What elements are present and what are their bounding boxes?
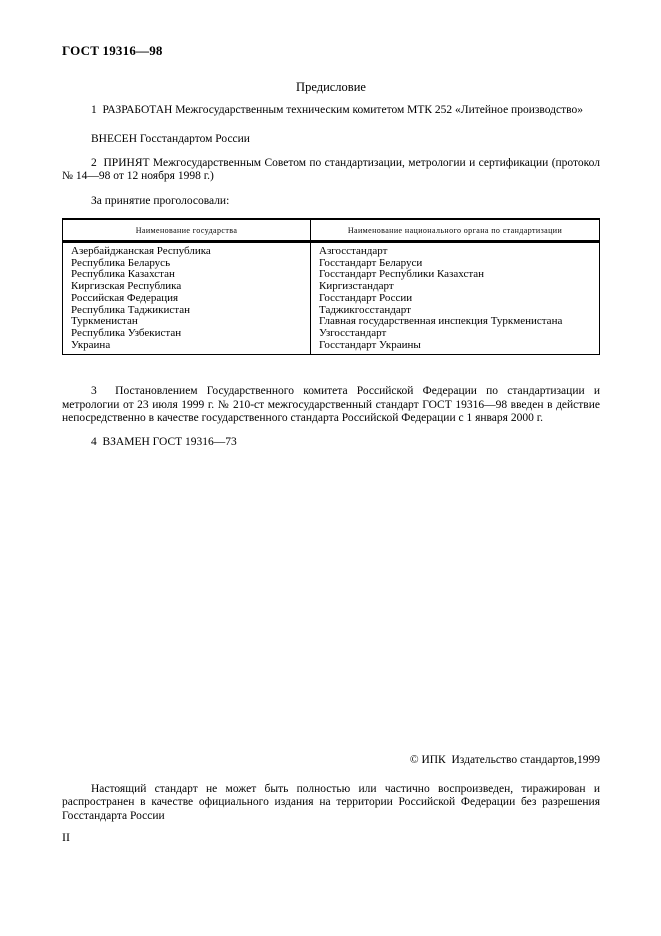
agency-cell: Киргизстандарт	[311, 281, 600, 293]
agency-cell: Госстандарт России	[311, 293, 600, 305]
state-cell: Туркменистан	[63, 316, 311, 328]
state-cell: Азербайджанская Республика	[63, 242, 311, 258]
table-row: Российская Федерация Госстандарт России	[63, 293, 600, 305]
page-footer: © ИПК Издательство стандартов,1999 Насто…	[62, 754, 600, 845]
state-cell: Республика Казахстан	[63, 269, 311, 281]
agency-cell: Госстандарт Республики Казахстан	[311, 269, 600, 281]
document-page: ГОСТ 19316—98 Предисловие 1 РАЗРАБОТАН М…	[0, 0, 661, 936]
table-row: Республика Казахстан Госстандарт Республ…	[63, 269, 600, 281]
agency-cell: Таджикгосстандарт	[311, 305, 600, 317]
reproduction-notice: Настоящий стандарт не может быть полност…	[62, 783, 600, 823]
state-column-header: Наименование государства	[63, 219, 311, 242]
state-cell: Российская Федерация	[63, 293, 311, 305]
paragraph-submitted: ВНЕСЕН Госстандартом России	[62, 133, 600, 146]
doc-code: ГОСТ 19316—98	[62, 43, 600, 59]
agency-cell: Главная государственная инспекция Туркме…	[311, 316, 600, 328]
table-row: Киргизская Республика Киргизстандарт	[63, 281, 600, 293]
paragraph-vote-intro: За принятие проголосовали:	[62, 195, 600, 208]
paragraph-replaces: 4 ВЗАМЕН ГОСТ 19316—73	[62, 436, 600, 449]
state-cell: Украина	[63, 340, 311, 355]
agency-cell: Азгосстандарт	[311, 242, 600, 258]
agency-cell: Узгосстандарт	[311, 328, 600, 340]
table-row: Республика Беларусь Госстандарт Беларуси	[63, 258, 600, 270]
paragraph-adopted: 2 ПРИНЯТ Межгосударственным Советом по с…	[62, 157, 600, 184]
copyright-line: © ИПК Издательство стандартов,1999	[62, 754, 600, 766]
agency-column-header: Наименование национального органа по ста…	[311, 219, 600, 242]
voting-table: Наименование государства Наименование на…	[62, 218, 600, 355]
state-cell: Республика Узбекистан	[63, 328, 311, 340]
state-cell: Республика Таджикистан	[63, 305, 311, 317]
paragraph-developed: 1 РАЗРАБОТАН Межгосударственным техничес…	[62, 104, 600, 117]
agency-cell: Госстандарт Украины	[311, 340, 600, 355]
table-row: Украина Госстандарт Украины	[63, 340, 600, 355]
table-row: Республика Таджикистан Таджикгосстандарт	[63, 305, 600, 317]
paragraph-enacted: 3 Постановлением Государственного комите…	[62, 385, 600, 425]
preface-title: Предисловие	[62, 80, 600, 95]
table-header-row: Наименование государства Наименование на…	[63, 219, 600, 242]
table-row: Туркменистан Главная государственная инс…	[63, 316, 600, 328]
table-row: Республика Узбекистан Узгосстандарт	[63, 328, 600, 340]
state-cell: Киргизская Республика	[63, 281, 311, 293]
page-body: ГОСТ 19316—98 Предисловие 1 РАЗРАБОТАН М…	[62, 0, 600, 449]
agency-cell: Госстандарт Беларуси	[311, 258, 600, 270]
table-row: Азербайджанская Республика Азгосстандарт	[63, 242, 600, 258]
page-number: II	[62, 830, 600, 845]
state-cell: Республика Беларусь	[63, 258, 311, 270]
